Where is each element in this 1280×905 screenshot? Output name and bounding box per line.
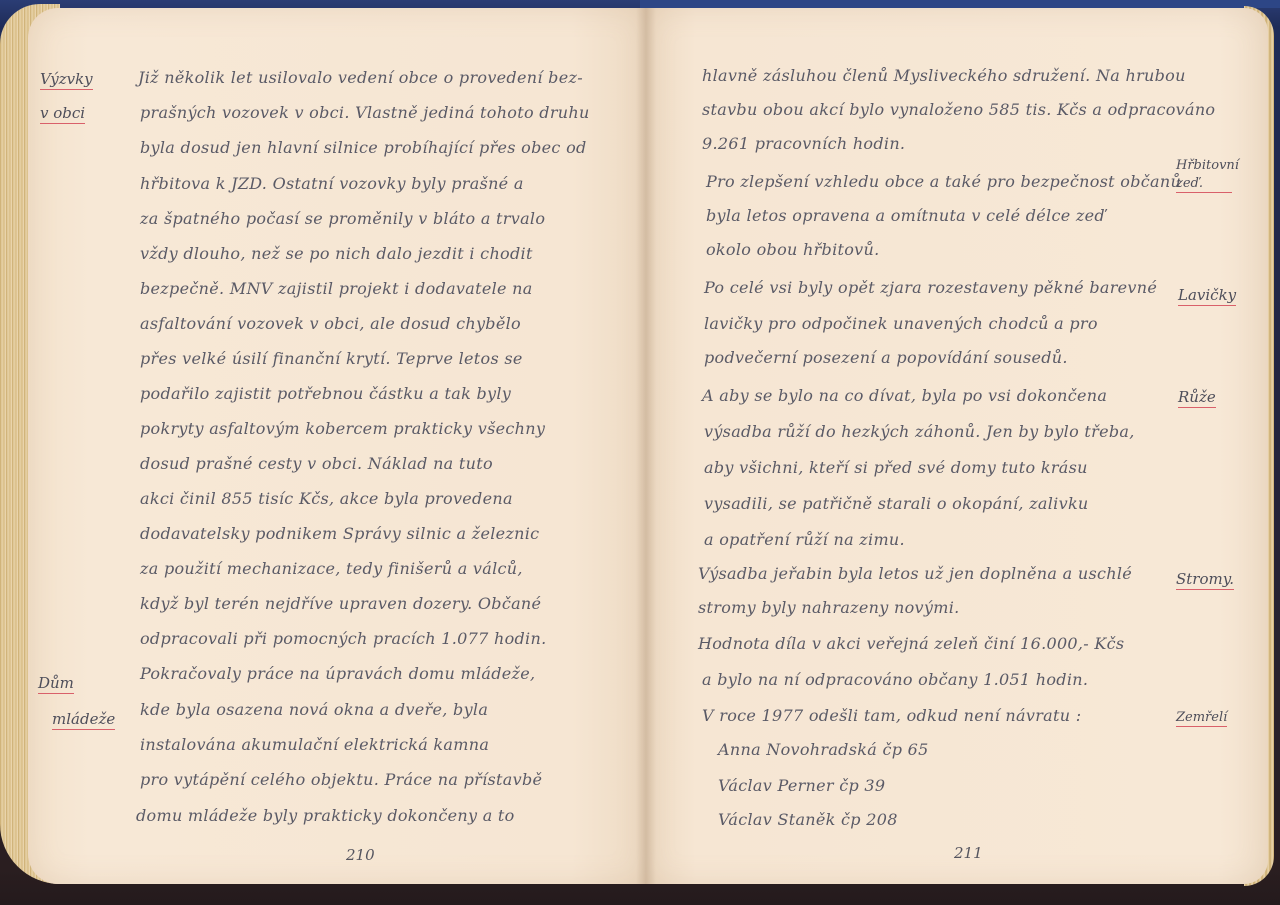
- book-gutter: [636, 8, 656, 884]
- text-line: A aby se bylo na co dívat, byla po vsi d…: [702, 386, 1107, 405]
- text-line: asfaltování vozovek v obci, ale dosud ch…: [140, 314, 521, 333]
- text-line: Již několik let usilovalo vedení obce o …: [138, 68, 583, 87]
- text-line: odpracovali při pomocných pracích 1.077 …: [140, 629, 546, 648]
- open-book-scene: Výzvky v obci Dům mládeže Již několik le…: [0, 0, 1280, 905]
- text-line: podvečerní posezení a popovídání sousedů…: [704, 348, 1068, 367]
- text-line: když byl terén nejdříve upraven dozery. …: [140, 594, 541, 613]
- text-line: instalována akumulační elektrická kamna: [140, 735, 489, 754]
- text-line: byla letos opravena a omítnuta v celé dé…: [706, 206, 1105, 225]
- margin-note: Stromy.: [1176, 570, 1234, 590]
- margin-note: Růže: [1178, 388, 1216, 408]
- text-line: 9.261 pracovních hodin.: [702, 134, 905, 153]
- margin-note: Hřbitovní: [1176, 158, 1239, 173]
- margin-note: v obci: [40, 104, 85, 124]
- margin-note: Dům: [38, 674, 74, 694]
- text-line: Pokračovaly práce na úpravách domu mláde…: [140, 664, 535, 683]
- text-line: lavičky pro odpočinek unavených chodců a…: [704, 314, 1098, 333]
- margin-note: Zemřelí: [1176, 710, 1227, 727]
- text-line: akci činil 855 tisíc Kčs, akce byla prov…: [140, 489, 513, 508]
- text-line: pro vytápění celého objektu. Práce na př…: [140, 770, 542, 789]
- text-line: výsadba růží do hezkých záhonů. Jen by b…: [704, 422, 1135, 441]
- book-cover-edge: [640, 0, 1280, 8]
- text-line: okolo obou hřbitovů.: [706, 240, 880, 259]
- text-line: Pro zlepšení vzhledu obce a také pro bez…: [706, 172, 1181, 191]
- left-page: Výzvky v obci Dům mládeže Již několik le…: [28, 8, 646, 884]
- text-line: Anna Novohradská čp 65: [718, 740, 929, 759]
- text-line: bezpečně. MNV zajistil projekt i dodavat…: [140, 279, 533, 298]
- text-line: vysadili, se patřičně starali o okopání,…: [704, 494, 1089, 513]
- text-line: dosud prašné cesty v obci. Náklad na tut…: [140, 454, 493, 473]
- text-line: za použití mechanizace, tedy finišerů a …: [140, 559, 523, 578]
- text-line: prašných vozovek v obci. Vlastně jediná …: [140, 103, 590, 122]
- margin-note: zeď.: [1176, 176, 1232, 193]
- text-line: domu mládeže byly prakticky dokončeny a …: [136, 806, 515, 825]
- margin-note: Lavičky: [1178, 286, 1236, 306]
- page-number: 211: [954, 844, 983, 862]
- text-line: a opatření růží na zimu.: [704, 530, 905, 549]
- text-line: za špatného počasí se proměnily v bláto …: [140, 209, 545, 228]
- page-number: 210: [346, 846, 375, 864]
- text-line: dodavatelsky podnikem Správy silnic a že…: [140, 524, 539, 543]
- text-line: vždy dlouho, než se po nich dalo jezdit …: [140, 244, 533, 263]
- text-line: Po celé vsi byly opět zjara rozestaveny …: [704, 278, 1157, 297]
- right-page: hlavně zásluhou členů Mysliveckého sdruž…: [646, 8, 1268, 884]
- text-line: aby všichni, kteří si před své domy tuto…: [704, 458, 1088, 477]
- text-line: hřbitova k JZD. Ostatní vozovky byly pra…: [140, 174, 524, 193]
- text-line: přes velké úsilí finanční krytí. Teprve …: [140, 349, 523, 368]
- text-line: Václav Staněk čp 208: [718, 810, 898, 829]
- text-line: V roce 1977 odešli tam, odkud není návra…: [702, 706, 1081, 725]
- text-line: Václav Perner čp 39: [718, 776, 885, 795]
- text-line: stavbu obou akcí bylo vynaloženo 585 tis…: [702, 100, 1215, 119]
- text-line: hlavně zásluhou členů Mysliveckého sdruž…: [702, 66, 1186, 85]
- text-line: Hodnota díla v akci veřejná zeleň činí 1…: [698, 634, 1124, 653]
- margin-note: Výzvky: [40, 70, 93, 90]
- text-line: kde byla osazena nová okna a dveře, byla: [140, 700, 488, 719]
- text-line: podařilo zajistit potřebnou částku a tak…: [140, 384, 511, 403]
- text-line: stromy byly nahrazeny novými.: [698, 598, 960, 617]
- text-line: Výsadba jeřabin byla letos už jen doplně…: [698, 564, 1132, 583]
- text-line: pokryty asfaltovým kobercem prakticky vš…: [140, 419, 545, 438]
- margin-note: mládeže: [52, 710, 115, 730]
- text-line: a bylo na ní odpracováno občany 1.051 ho…: [702, 670, 1088, 689]
- text-line: byla dosud jen hlavní silnice probíhajíc…: [140, 138, 587, 157]
